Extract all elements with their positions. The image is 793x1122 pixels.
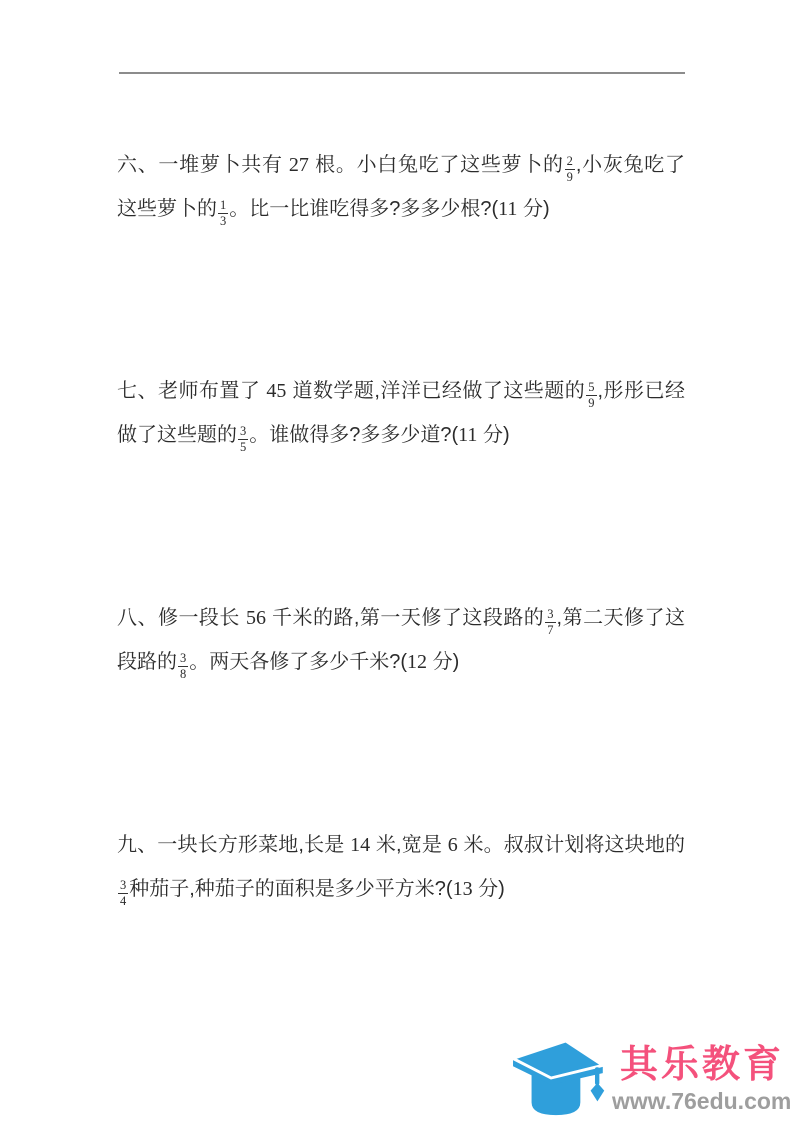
question-text: 六、一堆萝卜共有 xyxy=(117,154,289,176)
question-7: 七、老师布置了 45 道数学题,洋洋已经做了这些题的59,彤彤已经做了这些题的3… xyxy=(117,369,685,457)
number: 27 xyxy=(289,154,309,176)
question-text: 分) xyxy=(517,198,549,220)
number: 11 xyxy=(498,198,517,220)
number: 13 xyxy=(453,878,473,900)
question-text: 分) xyxy=(473,878,505,900)
question-text: 千米的路,第一天修了这段路的 xyxy=(266,607,544,629)
question-text: 米。叔叔计划将这块地的 xyxy=(458,834,685,856)
fraction: 59 xyxy=(586,381,596,410)
fraction: 29 xyxy=(565,155,575,184)
graduation-cap-icon xyxy=(500,1038,608,1118)
fraction: 34 xyxy=(118,879,128,908)
question-8: 八、修一段长 56 千米的路,第一天修了这段路的37,第二天修了这段路的38。两… xyxy=(117,596,685,684)
number: 56 xyxy=(246,607,266,629)
question-text: 。比一比谁吃得多?多多少根?( xyxy=(229,198,498,220)
question-text: 七、老师布置了 xyxy=(117,380,266,402)
question-text: 米,宽是 xyxy=(370,834,448,856)
site-logo-text: 其乐教育 www.76edu.com xyxy=(612,1038,784,1114)
fraction: 13 xyxy=(218,199,228,228)
site-url: www.76edu.com xyxy=(612,1089,784,1114)
question-6: 六、一堆萝卜共有 27 根。小白兔吃了这些萝卜的29,小灰兔吃了这些萝卜的13。… xyxy=(117,143,685,231)
question-9: 九、一块长方形菜地,长是 14 米,宽是 6 米。叔叔计划将这块地的34种茄子,… xyxy=(117,823,685,911)
question-text: 八、修一段长 xyxy=(117,607,246,629)
question-text: 种茄子,种茄子的面积是多少平方米?( xyxy=(129,878,452,900)
question-text: 。谁做得多?多多少道?( xyxy=(249,424,458,446)
number: 14 xyxy=(350,834,370,856)
fraction: 35 xyxy=(238,425,248,454)
worksheet-page: 六、一堆萝卜共有 27 根。小白兔吃了这些萝卜的29,小灰兔吃了这些萝卜的13。… xyxy=(0,0,793,1122)
question-text: 分) xyxy=(427,651,459,673)
number: 45 xyxy=(266,380,286,402)
fraction: 38 xyxy=(178,652,188,681)
question-text: 九、一块长方形菜地,长是 xyxy=(117,834,350,856)
question-text: 根。小白兔吃了这些萝卜的 xyxy=(309,154,564,176)
question-text: 分) xyxy=(477,424,509,446)
question-text: 。两天各修了多少千米?( xyxy=(189,651,407,673)
number: 12 xyxy=(407,651,427,673)
top-divider xyxy=(119,72,685,74)
brand-name: 其乐教育 xyxy=(612,1044,784,1086)
number: 11 xyxy=(458,424,477,446)
fraction: 37 xyxy=(545,608,555,637)
question-text: 道数学题,洋洋已经做了这些题的 xyxy=(286,380,585,402)
number: 6 xyxy=(448,834,458,856)
site-logo: 其乐教育 www.76edu.com xyxy=(500,1038,784,1118)
